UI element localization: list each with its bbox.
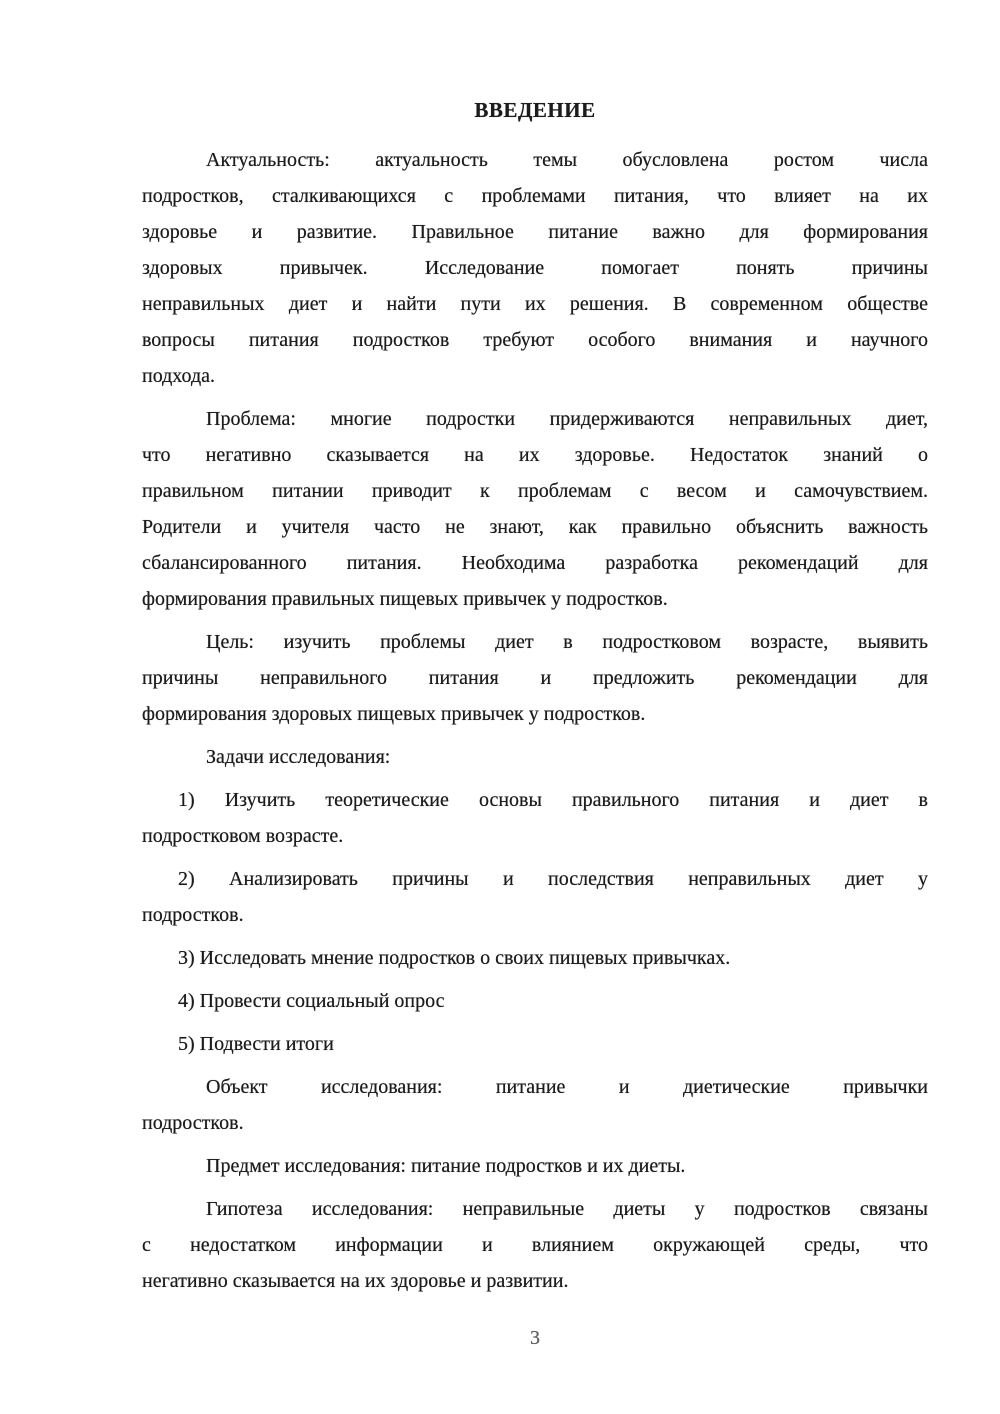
text-line: Родители и учителя часто не знают, как п… — [142, 509, 928, 545]
text-line: подростков. — [142, 897, 928, 933]
text-line: формирования правильных пищевых привычек… — [142, 581, 928, 617]
text-line: Цель: изучить проблемы диет в подростков… — [142, 624, 928, 660]
paragraph: Объект исследования: питание и диетическ… — [142, 1069, 928, 1141]
text-line: Проблема: многие подростки придерживаютс… — [142, 401, 928, 437]
list-item-paragraph: 4) Провести социальный опрос — [142, 983, 928, 1019]
text-line: Гипотеза исследования: неправильные диет… — [142, 1191, 928, 1227]
text-line: подхода. — [142, 358, 928, 394]
text-line: неправильных диет и найти пути их решени… — [142, 286, 928, 322]
text-line: здоровье и развитие. Правильное питание … — [142, 214, 928, 250]
text-line: 5) Подвести итоги — [142, 1026, 928, 1062]
text-line: с недостатком информации и влиянием окру… — [142, 1227, 928, 1263]
text-line: вопросы питания подростков требуют особо… — [142, 322, 928, 358]
text-line: формирования здоровых пищевых привычек у… — [142, 696, 928, 732]
paragraph: Проблема: многие подростки придерживаютс… — [142, 401, 928, 617]
text-line: правильном питании приводит к проблемам … — [142, 473, 928, 509]
page-title: ВВЕДЕНИЕ — [142, 92, 928, 128]
text-line: Объект исследования: питание и диетическ… — [142, 1069, 928, 1105]
text-line: подростковом возрасте. — [142, 818, 928, 854]
paragraph: Цель: изучить проблемы диет в подростков… — [142, 624, 928, 732]
paragraphs-container: Актуальность: актуальность темы обусловл… — [142, 142, 928, 1299]
text-line: 1) Изучить теоретические основы правильн… — [142, 782, 928, 818]
text-line: 3) Исследовать мнение подростков о своих… — [142, 940, 928, 976]
document-page: ВВЕДЕНИЕ Актуальность: актуальность темы… — [0, 0, 1000, 1414]
list-item-paragraph: 3) Исследовать мнение подростков о своих… — [142, 940, 928, 976]
page-number: 3 — [142, 1320, 928, 1356]
paragraph: Гипотеза исследования: неправильные диет… — [142, 1191, 928, 1299]
text-line: 2) Анализировать причины и последствия н… — [142, 861, 928, 897]
paragraph: Предмет исследования: питание подростков… — [142, 1148, 928, 1184]
text-line: подростков, сталкивающихся с проблемами … — [142, 178, 928, 214]
text-line: подростков. — [142, 1105, 928, 1141]
text-line: Предмет исследования: питание подростков… — [142, 1148, 928, 1184]
list-item-paragraph: 1) Изучить теоретические основы правильн… — [142, 782, 928, 854]
text-line: что негативно сказывается на их здоровье… — [142, 437, 928, 473]
text-column: ВВЕДЕНИЕ Актуальность: актуальность темы… — [142, 92, 928, 1306]
text-line: 4) Провести социальный опрос — [142, 983, 928, 1019]
text-line: негативно сказывается на их здоровье и р… — [142, 1263, 928, 1299]
paragraph: Актуальность: актуальность темы обусловл… — [142, 142, 928, 394]
paragraph: Задачи исследования: — [142, 739, 928, 775]
list-item-paragraph: 5) Подвести итоги — [142, 1026, 928, 1062]
text-line: сбалансированного питания. Необходима ра… — [142, 545, 928, 581]
list-item-paragraph: 2) Анализировать причины и последствия н… — [142, 861, 928, 933]
text-line: здоровых привычек. Исследование помогает… — [142, 250, 928, 286]
text-line: Задачи исследования: — [142, 739, 928, 775]
text-line: Актуальность: актуальность темы обусловл… — [142, 142, 928, 178]
text-line: причины неправильного питания и предложи… — [142, 660, 928, 696]
